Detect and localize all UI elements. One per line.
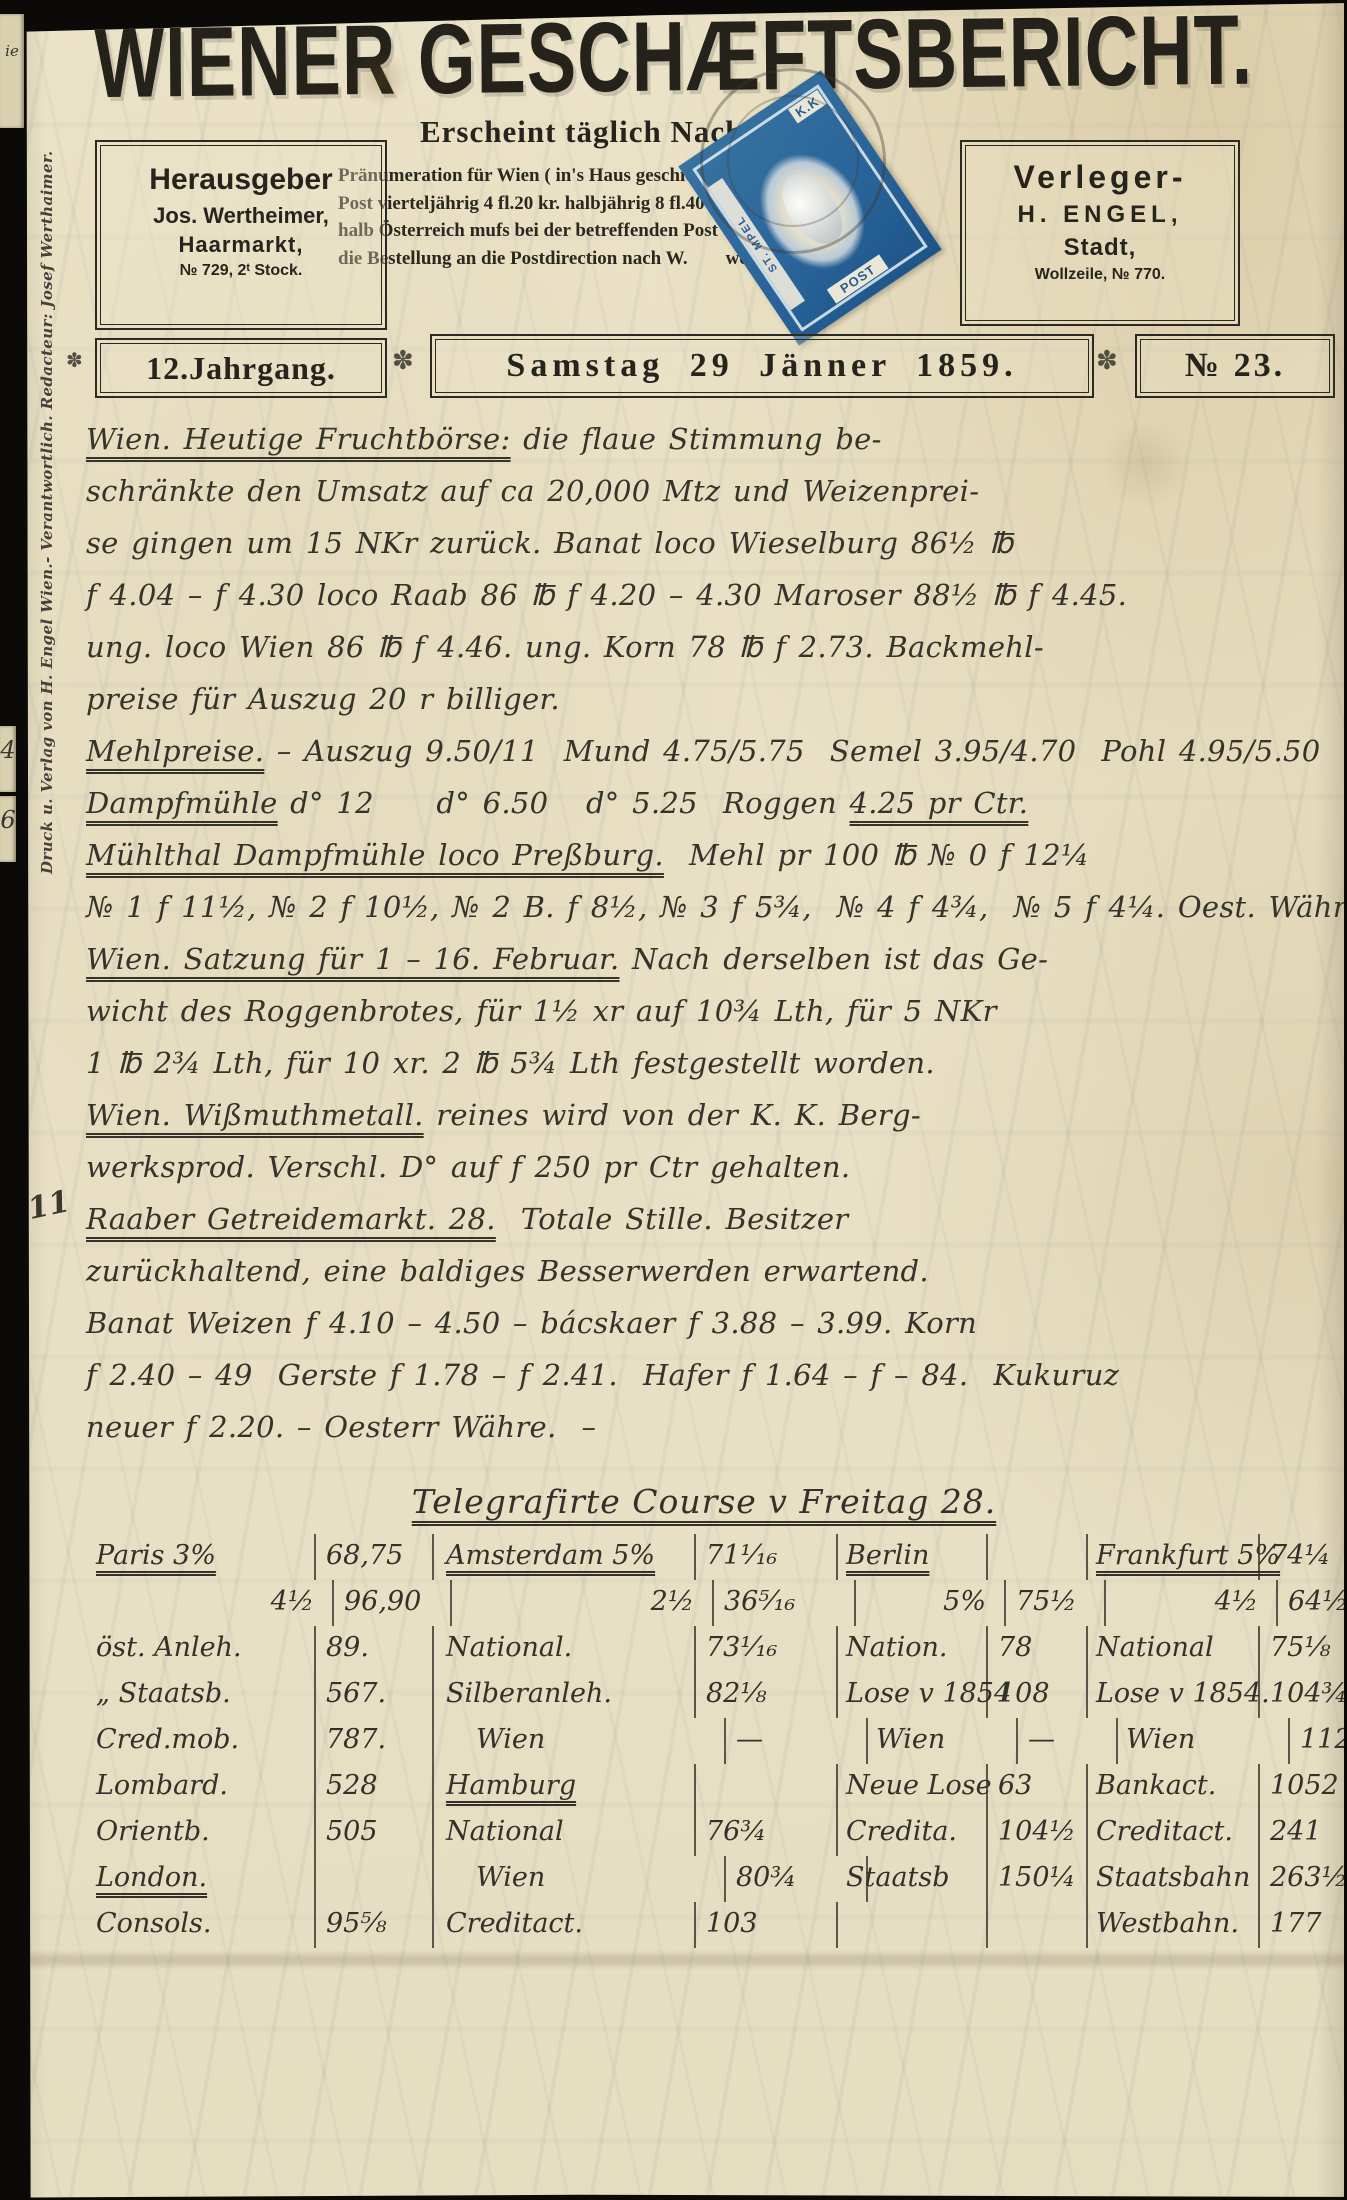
table-row: öst. Anleh.89. bbox=[84, 1626, 452, 1672]
margin-pen-mark: 11 bbox=[25, 1184, 73, 1227]
row-value: 1052 bbox=[1260, 1764, 1344, 1810]
body-line-text: – Auszug 9.50/11 Mund 4.75/5.75 Semel 3.… bbox=[264, 734, 1344, 768]
row-label: Neue Lose bbox=[834, 1764, 988, 1810]
body-line-text: Mehl pr 100 ℔ № 0 f 12¼ bbox=[664, 838, 1089, 872]
body-line: Dampfmühle d° 12 d° 6.50 d° 5.25 Roggen … bbox=[86, 786, 1332, 838]
verleger-box: Verleger-H. ENGEL,Stadt,Wollzeile, № 770… bbox=[960, 140, 1240, 326]
table-row: Consols.95⅝ bbox=[84, 1902, 452, 1948]
body-line-text: № 1 f 11½, № 2 f 10½, № 2 B. f 8½, № 3 f… bbox=[86, 890, 1344, 924]
body-line-text: Banat Weizen f 4.10 – 4.50 – bácskaer f … bbox=[86, 1306, 977, 1340]
table-row: National.73¹⁄₁₆ bbox=[434, 1626, 868, 1672]
row-label: 4½ bbox=[84, 1580, 334, 1626]
table-row: 4½96,90 bbox=[84, 1580, 452, 1626]
table-row: London. bbox=[84, 1856, 452, 1902]
table-row: Cred.mob.787. bbox=[84, 1718, 452, 1764]
row-value: 177 bbox=[1260, 1902, 1344, 1948]
body-line: wicht des Roggenbrotes, für 1½ xr auf 10… bbox=[86, 994, 1332, 1046]
body-line-text: 1 ℔ 2¾ Lth, für 10 xr. 2 ℔ 5¾ Lth festge… bbox=[86, 1046, 935, 1080]
publisher-box-line: Herausgeber bbox=[97, 160, 385, 201]
subscription-line: Post vierteljährig 4 fl.20 kr. halbjähri… bbox=[338, 190, 1044, 218]
row-value: 95⅝ bbox=[316, 1902, 434, 1948]
table-row: 5%75½ bbox=[834, 1580, 1118, 1626]
row-label: Lose v 1854 bbox=[834, 1672, 988, 1718]
printer-imprint-vertical: Druck u. Verlag von H. Engel Wien.- Vera… bbox=[38, 162, 56, 874]
verleger-box-line: Wollzeile, № 770. bbox=[962, 264, 1238, 286]
table-group-frankfurt: Frankfurt 5%74¼ 4½64½ National75⅛ Lose v… bbox=[1084, 1534, 1344, 1948]
row-value: 103 bbox=[696, 1902, 838, 1948]
row-label: Wien bbox=[1084, 1718, 1290, 1764]
row-label: National bbox=[1084, 1626, 1260, 1672]
row-label: Amsterdam 5% bbox=[434, 1534, 696, 1580]
table-row: Neue Lose63 bbox=[834, 1764, 1118, 1810]
row-value: 89. bbox=[316, 1626, 434, 1672]
verleger-box-line: Verleger- bbox=[962, 156, 1238, 199]
body-line-heading: Wien. Heutige Fruchtbörse: bbox=[86, 422, 511, 456]
table-row: Wien— bbox=[434, 1718, 868, 1764]
row-value: 76¾ bbox=[696, 1810, 838, 1856]
body-line: 1 ℔ 2¾ Lth, für 10 xr. 2 ℔ 5¾ Lth festge… bbox=[86, 1046, 1332, 1098]
issue-number-box: № 23. bbox=[1135, 334, 1335, 398]
row-value: 787. bbox=[316, 1718, 434, 1764]
row-value: 73¹⁄₁₆ bbox=[696, 1626, 838, 1672]
row-label: Westbahn. bbox=[1084, 1902, 1260, 1948]
table-row: Lose v 1854.104¾ bbox=[1084, 1672, 1344, 1718]
row-label: Nation. bbox=[834, 1626, 988, 1672]
row-value: 63 bbox=[988, 1764, 1088, 1810]
table-row: 2½36⁵⁄₁₆ bbox=[434, 1580, 868, 1626]
row-label: Staatsbahn bbox=[1084, 1856, 1260, 1902]
row-label: Creditact. bbox=[1084, 1810, 1260, 1856]
table-row: Credita.104½ bbox=[834, 1810, 1118, 1856]
row-label: National bbox=[434, 1810, 696, 1856]
table-row: Frankfurt 5%74¼ bbox=[1084, 1534, 1344, 1580]
row-label: Lombard. bbox=[84, 1764, 316, 1810]
table-row: Nation.78 bbox=[834, 1626, 1118, 1672]
body-line-text: Nach derselben ist das Ge- bbox=[619, 942, 1048, 976]
row-label: 4½ bbox=[1084, 1580, 1278, 1626]
edge-paper-scrap: ie bbox=[0, 14, 24, 128]
jahrgang-box: 12.Jahrgang. bbox=[95, 338, 387, 398]
table-row: Wien112 bbox=[1084, 1718, 1344, 1764]
verleger-box-line: Stadt, bbox=[962, 232, 1238, 264]
table-row: Amsterdam 5%71¹⁄₁₆ bbox=[434, 1534, 868, 1580]
row-value: 74¼ bbox=[1260, 1534, 1344, 1580]
body-line-tail: 4.25 pr Ctr. bbox=[850, 786, 1029, 820]
body-line-text: werksprod. Verschl. D° auf f 250 pr Ctr … bbox=[86, 1150, 850, 1184]
publisher-box-line: Haarmarkt, bbox=[97, 230, 385, 260]
body-line-text: wicht des Roggenbrotes, für 1½ xr auf 10… bbox=[86, 994, 997, 1028]
telegraph-courses-heading: Telegrafirte Course v Freitag 28. bbox=[354, 1482, 1054, 1521]
table-row: Silberanleh.82⅛ bbox=[434, 1672, 868, 1718]
body-line-heading: Mühlthal Dampfmühle loco Preßburg. bbox=[86, 838, 664, 872]
table-row: Wien— bbox=[834, 1718, 1118, 1764]
row-label: Frankfurt 5% bbox=[1084, 1534, 1260, 1580]
body-line: preise für Auszug 20 r billiger. bbox=[86, 682, 1332, 734]
row-label: öst. Anleh. bbox=[84, 1626, 316, 1672]
row-value: 71¹⁄₁₆ bbox=[696, 1534, 838, 1580]
document-page: WIENER GESCHÆFTSBERICHT. HerausgeberJos.… bbox=[24, 2, 1344, 2198]
body-line: № 1 f 11½, № 2 f 10½, № 2 B. f 8½, № 3 f… bbox=[86, 890, 1332, 942]
body-line: zurückhaltend, eine baldiges Besserwerde… bbox=[86, 1254, 1332, 1306]
body-line-text: d° 12 d° 6.50 d° 5.25 Roggen bbox=[278, 786, 850, 820]
body-line: f 4.04 – f 4.30 loco Raab 86 ℔ f 4.20 – … bbox=[86, 578, 1332, 630]
row-value: 78 bbox=[988, 1626, 1088, 1672]
row-label: Bankact. bbox=[1084, 1764, 1260, 1810]
scrap-text: ie bbox=[5, 42, 19, 60]
publisher-box-line: № 729, 2ᵗ Stock. bbox=[97, 260, 385, 282]
body-line-text: se gingen um 15 NKr zurück. Banat loco W… bbox=[86, 526, 1013, 560]
body-line-text: ung. loco Wien 86 ℔ f 4.46. ung. Korn 78… bbox=[86, 630, 1044, 664]
body-line-text: die flaue Stimmung be- bbox=[511, 422, 882, 456]
scanned-newspaper: { "masthead": { "title": "WIENER GESCHÆF… bbox=[0, 0, 1347, 2200]
row-value: 68,75 bbox=[316, 1534, 434, 1580]
row-label: Silberanleh. bbox=[434, 1672, 696, 1718]
row-value bbox=[988, 1902, 1088, 1948]
row-label: Consols. bbox=[84, 1902, 316, 1948]
row-value: 528 bbox=[316, 1764, 434, 1810]
table-row: Westbahn.177 bbox=[1084, 1902, 1344, 1948]
scrap-text: 6 bbox=[0, 806, 15, 834]
row-label: Paris 3% bbox=[84, 1534, 316, 1580]
row-value: 505 bbox=[316, 1810, 434, 1856]
row-value: 108 bbox=[988, 1672, 1088, 1718]
body-line: neuer f 2.20. – Oesterr Währe. – bbox=[86, 1410, 1332, 1462]
table-row: Orientb.505 bbox=[84, 1810, 452, 1856]
table-row: Creditact.103 bbox=[434, 1902, 868, 1948]
row-value bbox=[316, 1856, 434, 1902]
verleger-box-line: H. ENGEL, bbox=[962, 199, 1238, 231]
body-line: schränkte den Umsatz auf ca 20,000 Mtz u… bbox=[86, 474, 1332, 526]
row-value: 64½ bbox=[1278, 1580, 1344, 1626]
table-row: Staatsb150¼ bbox=[834, 1856, 1118, 1902]
row-label bbox=[834, 1902, 988, 1948]
body-line-heading: Dampfmühle bbox=[86, 786, 278, 820]
body-line: Raaber Getreidemarkt. 28. Totale Stille.… bbox=[86, 1202, 1332, 1254]
subscription-line: halb Österreich mufs bei der betreffende… bbox=[338, 217, 1044, 245]
table-row: National75⅛ bbox=[1084, 1626, 1344, 1672]
table-group-berlin: Berlin 5%75½ Nation.78 Lose v 1854108 Wi… bbox=[834, 1534, 1118, 1948]
body-line: Banat Weizen f 4.10 – 4.50 – bácskaer f … bbox=[86, 1306, 1332, 1358]
body-line-text: reines wird von der K. K. Berg- bbox=[424, 1098, 921, 1132]
row-label: Wien bbox=[434, 1856, 726, 1902]
publisher-box: HerausgeberJos. Wertheimer,Haarmarkt,№ 7… bbox=[95, 140, 387, 330]
body-line-text: f 4.04 – f 4.30 loco Raab 86 ℔ f 4.20 – … bbox=[86, 578, 1127, 612]
row-label: Hamburg bbox=[434, 1764, 696, 1810]
row-label: Lose v 1854. bbox=[1084, 1672, 1260, 1718]
telegraph-courses-heading-text: Telegrafirte Course v Freitag 28. bbox=[412, 1482, 996, 1521]
body-line-heading: Wien. Wißmuthmetall. bbox=[86, 1098, 424, 1132]
floral-ornament-icon: ✽ bbox=[66, 348, 83, 372]
body-line-text: neuer f 2.20. – Oesterr Währe. – bbox=[86, 1410, 596, 1444]
table-row: Wien80¾ bbox=[434, 1856, 868, 1902]
row-label: Cred.mob. bbox=[84, 1718, 316, 1764]
table-row: Hamburg bbox=[434, 1764, 868, 1810]
row-label: Wien bbox=[834, 1718, 1018, 1764]
table-row: Lombard.528 bbox=[84, 1764, 452, 1810]
row-label: Staatsb bbox=[834, 1856, 988, 1902]
row-label: Wien bbox=[434, 1718, 726, 1764]
row-label: „ Staatsb. bbox=[84, 1672, 316, 1718]
table-row bbox=[834, 1902, 1118, 1948]
row-label: Berlin bbox=[834, 1534, 988, 1580]
body-line-text: f 2.40 – 49 Gerste f 1.78 – f 2.41. Hafe… bbox=[86, 1358, 1119, 1392]
table-row: Lose v 1854108 bbox=[834, 1672, 1118, 1718]
handwritten-body: Wien. Heutige Fruchtbörse: die flaue Sti… bbox=[86, 422, 1332, 1462]
row-label: Creditact. bbox=[434, 1902, 696, 1948]
row-value: 104¾ bbox=[1260, 1672, 1344, 1718]
body-line: Mühlthal Dampfmühle loco Preßburg. Mehl … bbox=[86, 838, 1332, 890]
row-label: 5% bbox=[834, 1580, 1006, 1626]
row-value bbox=[696, 1764, 838, 1810]
row-value: 104½ bbox=[988, 1810, 1088, 1856]
row-value: 150¼ bbox=[988, 1856, 1088, 1902]
table-row: 4½64½ bbox=[1084, 1580, 1344, 1626]
body-line: f 2.40 – 49 Gerste f 1.78 – f 2.41. Hafe… bbox=[86, 1358, 1332, 1410]
body-line-heading: Raaber Getreidemarkt. 28. bbox=[86, 1202, 496, 1236]
edge-paper-scrap: 4 bbox=[0, 726, 16, 792]
issue-date-box: Samstag 29 Jänner 1859. bbox=[430, 334, 1094, 398]
table-group-paris: Paris 3%68,75 4½96,90 öst. Anleh.89. „ S… bbox=[84, 1534, 452, 1948]
body-line: Wien. Wißmuthmetall. reines wird von der… bbox=[86, 1098, 1332, 1150]
edge-paper-scrap: 6 bbox=[0, 796, 16, 862]
row-label: London. bbox=[84, 1856, 316, 1902]
publisher-box-line: Jos. Wertheimer, bbox=[97, 201, 385, 231]
masthead-title: WIENER GESCHÆFTSBERICHT. bbox=[94, 2, 1253, 120]
scrap-text: 4 bbox=[0, 736, 15, 764]
body-line: se gingen um 15 NKr zurück. Banat loco W… bbox=[86, 526, 1332, 578]
body-line-heading: Mehlpreise. bbox=[86, 734, 264, 768]
row-value: 241 bbox=[1260, 1810, 1344, 1856]
row-label: Orientb. bbox=[84, 1810, 316, 1856]
floral-ornament-icon: ✽ bbox=[1096, 346, 1118, 376]
row-label: Credita. bbox=[834, 1810, 988, 1856]
table-row: Creditact.241 bbox=[1084, 1810, 1344, 1856]
row-label: National. bbox=[434, 1626, 696, 1672]
body-line-text: zurückhaltend, eine baldiges Besserwerde… bbox=[86, 1254, 929, 1288]
floral-ornament-icon: ✽ bbox=[392, 346, 414, 376]
table-row: Bankact.1052 bbox=[1084, 1764, 1344, 1810]
table-row: Staatsbahn263½ bbox=[1084, 1856, 1344, 1902]
body-line: werksprod. Verschl. D° auf f 250 pr Ctr … bbox=[86, 1150, 1332, 1202]
body-line: Mehlpreise. – Auszug 9.50/11 Mund 4.75/5… bbox=[86, 734, 1332, 786]
body-line-text: schränkte den Umsatz auf ca 20,000 Mtz u… bbox=[86, 474, 979, 508]
row-value: 75⅛ bbox=[1260, 1626, 1344, 1672]
row-value: 263½ bbox=[1260, 1856, 1344, 1902]
courses-table: Paris 3%68,75 4½96,90 öst. Anleh.89. „ S… bbox=[84, 1534, 1336, 1950]
body-line: ung. loco Wien 86 ℔ f 4.46. ung. Korn 78… bbox=[86, 630, 1332, 682]
row-value: 112 bbox=[1290, 1718, 1344, 1764]
body-line-text: preise für Auszug 20 r billiger. bbox=[86, 682, 560, 716]
postmark-cancel-ring bbox=[700, 68, 886, 254]
table-group-amsterdam: Amsterdam 5%71¹⁄₁₆ 2½36⁵⁄₁₆ National.73¹… bbox=[434, 1534, 868, 1948]
row-value: 567. bbox=[316, 1672, 434, 1718]
body-line-heading: Wien. Satzung für 1 – 16. Februar. bbox=[86, 942, 619, 976]
body-line: Wien. Satzung für 1 – 16. Februar. Nach … bbox=[86, 942, 1332, 994]
body-line: Wien. Heutige Fruchtbörse: die flaue Sti… bbox=[86, 422, 1332, 474]
body-line-text: Totale Stille. Besitzer bbox=[496, 1202, 849, 1236]
table-row: Berlin bbox=[834, 1534, 1118, 1580]
row-label: 2½ bbox=[434, 1580, 714, 1626]
table-row: Paris 3%68,75 bbox=[84, 1534, 452, 1580]
table-row: „ Staatsb.567. bbox=[84, 1672, 452, 1718]
row-value: 82⅛ bbox=[696, 1672, 838, 1718]
row-value bbox=[988, 1534, 1088, 1580]
table-row: National76¾ bbox=[434, 1810, 868, 1856]
